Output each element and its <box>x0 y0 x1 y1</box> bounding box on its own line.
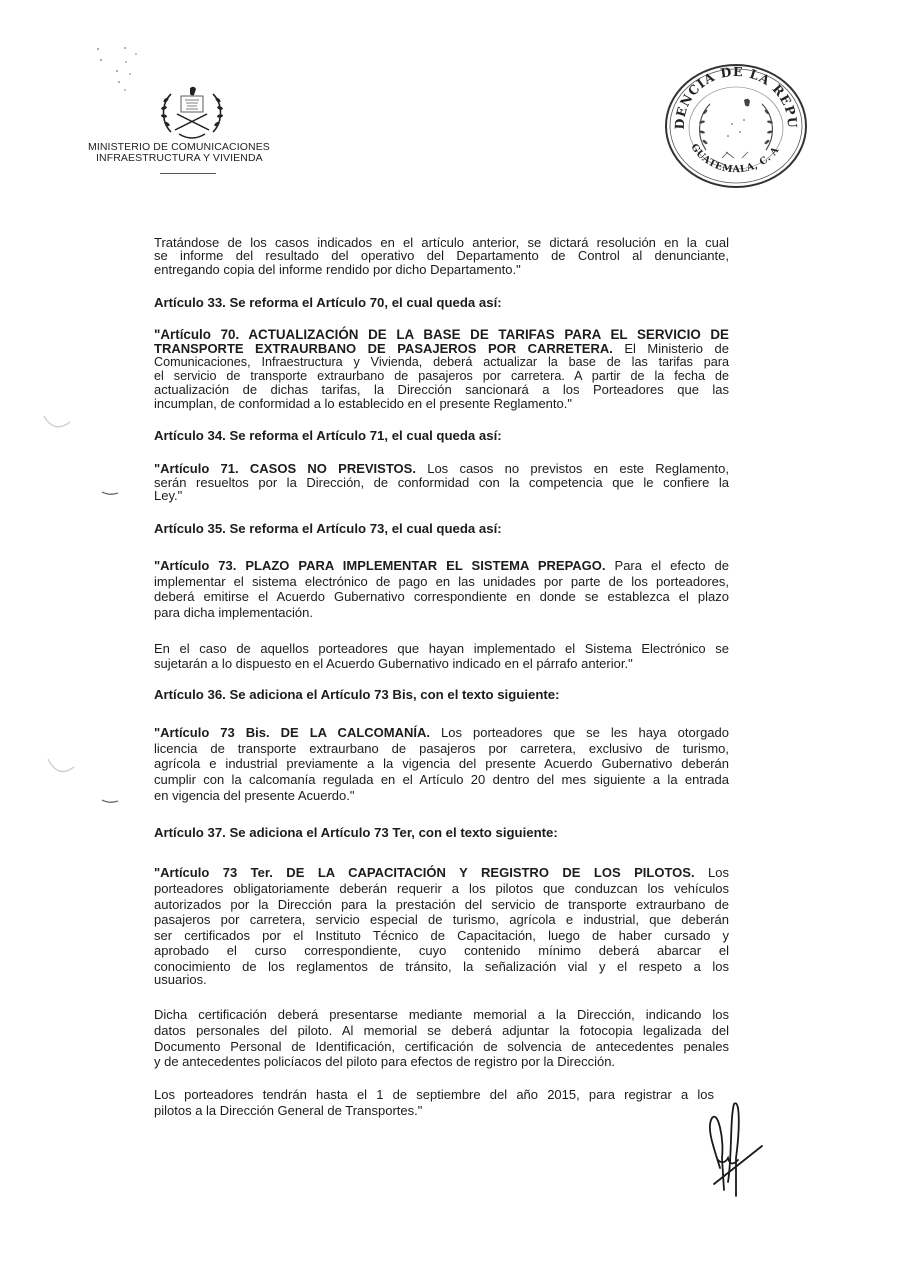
ministry-name: MINISTERIO DE COMUNICACIONES INFRAESTRUC… <box>88 142 270 164</box>
margin-mark <box>44 755 80 779</box>
article-70-title-cont: TRANSPORTE EXTRAURBANO DE PASAJEROS POR … <box>154 341 613 356</box>
article-73ter-p3-line: pilotos a la Dirección General de Transp… <box>154 1104 729 1118</box>
ministry-name-line2: INFRAESTRUCTURA Y VIVIENDA <box>88 153 270 164</box>
article-73ter-p2-line: Dicha certificación deberá presentarse m… <box>154 1008 729 1022</box>
margin-mark <box>100 796 120 806</box>
presidencia-seal-icon: PRESIDENCIA DE LA REPUBLICA GUATEMALA, C… <box>662 62 810 190</box>
intro-line: entregando copia del informe rendido por… <box>154 263 729 277</box>
article-73-line: "Artículo 73. PLAZO PARA IMPLEMENTAR EL … <box>154 559 729 573</box>
article-73ter-p2-line: Documento Personal de Identificación, ce… <box>154 1040 729 1054</box>
article-73ter-text: Los <box>695 865 729 880</box>
intro-line: se informe del resultado del operativo d… <box>154 249 729 263</box>
article-73ter-title: "Artículo 73 Ter. DE LA CAPACITACIÓN Y R… <box>154 865 695 880</box>
article-70-line: el servicio de transporte extraurbano de… <box>154 369 729 383</box>
article-71-line: Ley." <box>154 489 729 503</box>
article-70-line: TRANSPORTE EXTRAURBANO DE PASAJEROS POR … <box>154 342 729 356</box>
article-73ter-line: aprobado el curso correspondiente, cuyo … <box>154 944 729 958</box>
scan-specks <box>95 40 165 100</box>
article-70-line: incumplan, de conformidad a lo estableci… <box>154 397 729 411</box>
article-70-title: "Artículo 70. ACTUALIZACIÓN DE LA BASE D… <box>154 328 729 342</box>
article-73-line: para dicha implementación. <box>154 606 729 620</box>
article-70-line: actualización de dichas tarifas, la Dire… <box>154 383 729 397</box>
article-73bis-line: agrícola e industrial previamente a la v… <box>154 757 729 771</box>
margin-mark <box>40 412 80 434</box>
guatemala-coat-of-arms-icon <box>157 84 227 142</box>
article-73-title: "Artículo 73. PLAZO PARA IMPLEMENTAR EL … <box>154 558 606 573</box>
article-70-line: Comunicaciones, Infraestructura y Vivien… <box>154 355 729 369</box>
article-73ter-line: usuarios. <box>154 973 729 987</box>
article-73ter-line: porteadores obligatoriamente deberán req… <box>154 882 729 896</box>
article-71-title: "Artículo 71. CASOS NO PREVISTOS. <box>154 461 416 476</box>
article-73-p2-line: En el caso de aquellos porteadores que h… <box>154 642 729 656</box>
article-73ter-line: conocimiento de los reglamentos de tráns… <box>154 960 729 974</box>
article-73bis-line: cumplir con la calcomanía regulada en el… <box>154 773 729 787</box>
margin-mark <box>100 488 120 498</box>
svg-text:PRESIDENCIA DE LA REPUBLICA: PRESIDENCIA DE LA REPUBLICA <box>662 62 800 130</box>
article-36-heading: Artículo 36. Se adiciona el Artículo 73 … <box>154 688 729 702</box>
article-73-p2-line: sujetarán a lo dispuesto en el Acuerdo G… <box>154 657 729 671</box>
article-33-heading: Artículo 33. Se reforma el Artículo 70, … <box>154 296 729 310</box>
article-73-line: deberá emitirse el Acuerdo Gubernativo c… <box>154 590 729 604</box>
handwritten-signature-icon <box>692 1098 772 1198</box>
article-70-text: El Ministerio de <box>613 341 729 356</box>
article-73ter-p2-line: datos personales del piloto. Al memorial… <box>154 1024 729 1038</box>
article-37-heading: Artículo 37. Se adiciona el Artículo 73 … <box>154 826 729 840</box>
article-73bis-title: "Artículo 73 Bis. DE LA CALCOMANÍA. <box>154 725 430 740</box>
article-34-heading: Artículo 34. Se reforma el Artículo 71, … <box>154 429 729 443</box>
article-73ter-p3-line: Los porteadores tendrán hasta el 1 de se… <box>154 1088 714 1102</box>
article-73-text: Para el efecto de <box>606 558 729 573</box>
article-73-line: implementar el sistema electrónico de pa… <box>154 575 729 589</box>
article-73bis-line: "Artículo 73 Bis. DE LA CALCOMANÍA. Los … <box>154 726 729 740</box>
article-73ter-p2-line: y de antecedentes policíacos del piloto … <box>154 1055 729 1069</box>
article-73bis-text: Los porteadores que se les haya otorgado <box>430 725 729 740</box>
article-71-line: serán resueltos por la Dirección, de con… <box>154 476 729 490</box>
article-35-heading: Artículo 35. Se reforma el Artículo 73, … <box>154 522 729 536</box>
article-73ter-line: pasajeros por carretera, servicio especi… <box>154 913 729 927</box>
header-divider <box>160 173 216 174</box>
document-page: MINISTERIO DE COMUNICACIONES INFRAESTRUC… <box>0 0 907 1280</box>
article-73ter-line: "Artículo 73 Ter. DE LA CAPACITACIÓN Y R… <box>154 866 729 880</box>
article-73ter-line: ser certificados por el Instituto Técnic… <box>154 929 729 943</box>
article-73ter-line: autorizados por la Dirección para la pre… <box>154 898 729 912</box>
article-73bis-line: en vigencia del presente Acuerdo." <box>154 789 729 803</box>
article-71-text: Los casos no previstos en este Reglament… <box>416 461 729 476</box>
article-71-line: "Artículo 71. CASOS NO PREVISTOS. Los ca… <box>154 462 729 476</box>
article-73bis-line: licencia de transporte extraurbano de pa… <box>154 742 729 756</box>
